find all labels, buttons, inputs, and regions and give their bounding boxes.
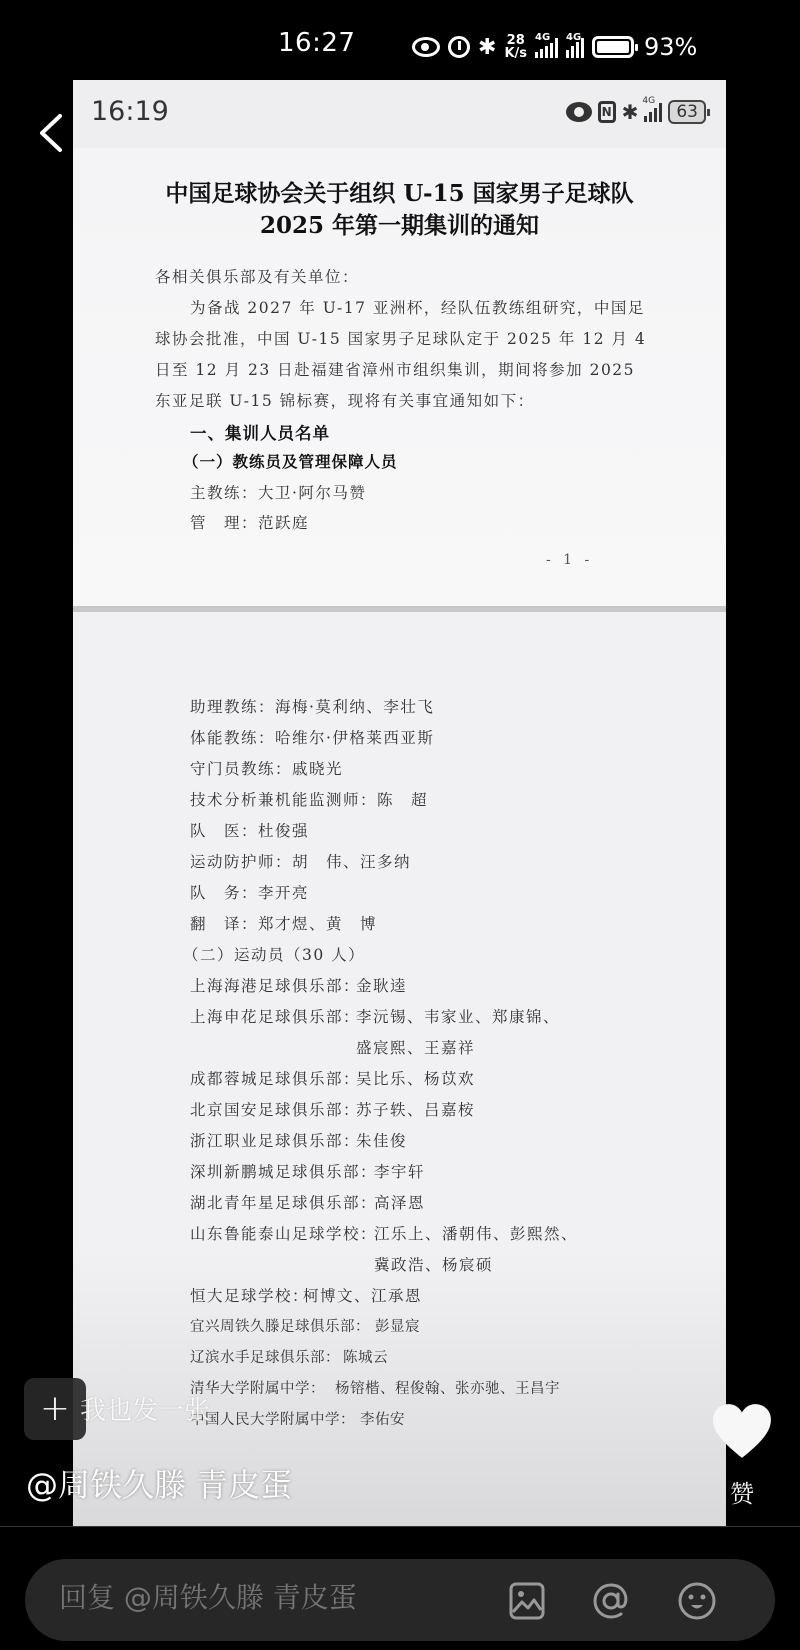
divider (0, 1526, 800, 1527)
player-names: 柯博文、江承恩 (303, 1284, 422, 1306)
staff-line: 技术分析兼机能监测师：陈 超 (190, 788, 428, 810)
player-names: 高泽恩 (374, 1191, 425, 1213)
section-heading: 一、集训人员名单 (190, 420, 330, 444)
reply-input[interactable] (59, 1581, 479, 1614)
document-title-line-1: 中国足球协会关于组织 U-15 国家男子足球队 (73, 178, 726, 210)
player-club: 北京国安足球俱乐部： (190, 1098, 360, 1120)
body-line: 球协会批准，中国 U-15 国家男子足球队定于 2025 年 12 月 4 (155, 327, 646, 349)
staff-line: 主教练：大卫·阿尔马赞 (190, 481, 366, 503)
player-club: 浙江职业足球俱乐部： (190, 1129, 360, 1151)
signal-4g-icon: 4G (535, 36, 558, 58)
subsection-heading: （二）运动员（30 人） (183, 943, 365, 965)
battery-percent: 93% (644, 33, 697, 61)
player-club: 清华大学附属中学： (190, 1377, 325, 1398)
page-number: - 1 - (546, 552, 593, 568)
salutation: 各相关俱乐部及有关单位： (155, 265, 359, 287)
player-club: 上海申花足球俱乐部： (190, 1005, 360, 1027)
bluetooth-icon: ✱ (622, 100, 639, 124)
battery-icon (592, 36, 634, 58)
mention-button[interactable] (589, 1579, 633, 1623)
player-names: 李沅锡、韦家业、郑康锦、 (356, 1005, 560, 1027)
player-names: 杨镕楷、程俊翰、张亦驰、王昌宇 (335, 1377, 560, 1398)
staff-line: 管 理：范跃庭 (190, 511, 309, 533)
player-names: 金耿逵 (356, 974, 407, 996)
player-names: 李宇轩 (374, 1160, 425, 1182)
staff-line: 守门员教练：戚晓光 (190, 757, 343, 779)
status-time: 16:27 (278, 28, 355, 58)
player-names: 朱佳俊 (356, 1129, 407, 1151)
staff-line: 助理教练：海梅·莫利纳、李壮飞 (190, 695, 434, 717)
player-club: 湖北青年星足球俱乐部： (190, 1191, 377, 1213)
back-button[interactable] (32, 108, 72, 158)
staff-line: 翻 译：郑才煜、黄 博 (190, 912, 377, 934)
player-names: 江乐上、潘朝伟、彭熙然、 (374, 1222, 578, 1244)
body-line: 为备战 2027 年 U-17 亚洲杯，经队伍教练组研究，中国足 (190, 296, 645, 318)
player-club: 深圳新鹏城足球俱乐部： (190, 1160, 377, 1182)
emoji-button[interactable] (675, 1579, 719, 1623)
body-line: 日至 12 月 23 日赴福建省漳州市组织集训，期间将参加 2025 (155, 358, 635, 380)
signal-4g-icon: 4G (566, 36, 584, 58)
player-club: 上海海港足球俱乐部： (190, 974, 360, 996)
author-name[interactable]: @周铁久滕 青皮蛋 (26, 1460, 292, 1506)
player-names: 彭显宸 (375, 1315, 420, 1336)
battery-icon: 63 (668, 100, 706, 124)
player-club: 山东鲁能泰山足球学校： (190, 1222, 377, 1244)
subsection-heading: （一）教练员及管理保障人员 (183, 450, 398, 472)
heart-icon (711, 1400, 773, 1462)
player-names: 吴比乐、杨苡欢 (356, 1067, 475, 1089)
image-icon (506, 1580, 548, 1622)
staff-line: 运动防护师：胡 伟、汪多纳 (190, 850, 411, 872)
player-names: 李佑安 (360, 1408, 405, 1429)
nfc-icon: N (598, 101, 616, 123)
player-club: 成都蓉城足球俱乐部： (190, 1067, 360, 1089)
reply-bar (25, 1559, 775, 1641)
document-image[interactable]: 16:19 N ✱ 4G 63 中国足球协会关于组织 U-15 国家男子足球队 … (73, 80, 726, 1526)
like-label: 赞 (706, 1474, 778, 1509)
body-line: 东亚足联 U-15 锦标赛，现将有关事宜通知如下： (155, 389, 535, 411)
bluetooth-icon: ✱ (478, 35, 496, 60)
player-names: 苏子轶、吕嘉桉 (356, 1098, 475, 1120)
player-club: 辽滨水手足球俱乐部： (190, 1346, 340, 1367)
player-names: 冀政浩、杨宸硕 (374, 1253, 493, 1275)
chevron-left-icon (32, 108, 72, 158)
insert-image-button[interactable] (505, 1579, 549, 1623)
status-icons: ✱ 28 K/s 4G 4G 93% (412, 30, 697, 64)
player-club: 恒大足球学校： (190, 1284, 309, 1306)
plus-icon: + (40, 1391, 70, 1427)
player-club: 中国人民大学附属中学： (190, 1408, 355, 1429)
eye-icon (412, 37, 440, 57)
staff-line: 体能教练：哈维尔·伊格莱西亚斯 (190, 726, 434, 748)
alarm-icon (448, 36, 470, 58)
like-button[interactable]: 赞 (706, 1400, 778, 1510)
document-page-1: 中国足球协会关于组织 U-15 国家男子足球队 2025 年第一期集训的通知 各… (73, 148, 726, 606)
document-title-line-2: 2025 年第一期集训的通知 (73, 210, 726, 242)
at-icon (590, 1580, 632, 1622)
eye-icon (566, 102, 592, 122)
player-club: 宜兴周铁久滕足球俱乐部： (190, 1315, 370, 1336)
staff-line: 队 务：李开亮 (190, 881, 309, 903)
player-names: 盛宸熙、王嘉祥 (356, 1036, 475, 1058)
staff-line: 队 医：杜俊强 (190, 819, 309, 841)
inner-status-bar: 16:19 N ✱ 4G 63 (73, 80, 726, 148)
inner-status-time: 16:19 (91, 96, 169, 127)
net-speed: 28 K/s (504, 34, 527, 60)
signal-icon: 4G (644, 102, 662, 122)
status-bar: 16:27 ✱ 28 K/s 4G 4G 93% (0, 0, 800, 80)
post-also-label[interactable]: 我也发一张 (80, 1390, 210, 1427)
inner-status-icons: N ✱ 4G 63 (566, 100, 706, 124)
post-also-button[interactable]: + (24, 1378, 86, 1440)
document-page-2: 助理教练：海梅·莫利纳、李壮飞 体能教练：哈维尔·伊格莱西亚斯 守门员教练：戚晓… (73, 612, 726, 1526)
emoji-icon (676, 1580, 718, 1622)
player-names: 陈城云 (343, 1346, 388, 1367)
